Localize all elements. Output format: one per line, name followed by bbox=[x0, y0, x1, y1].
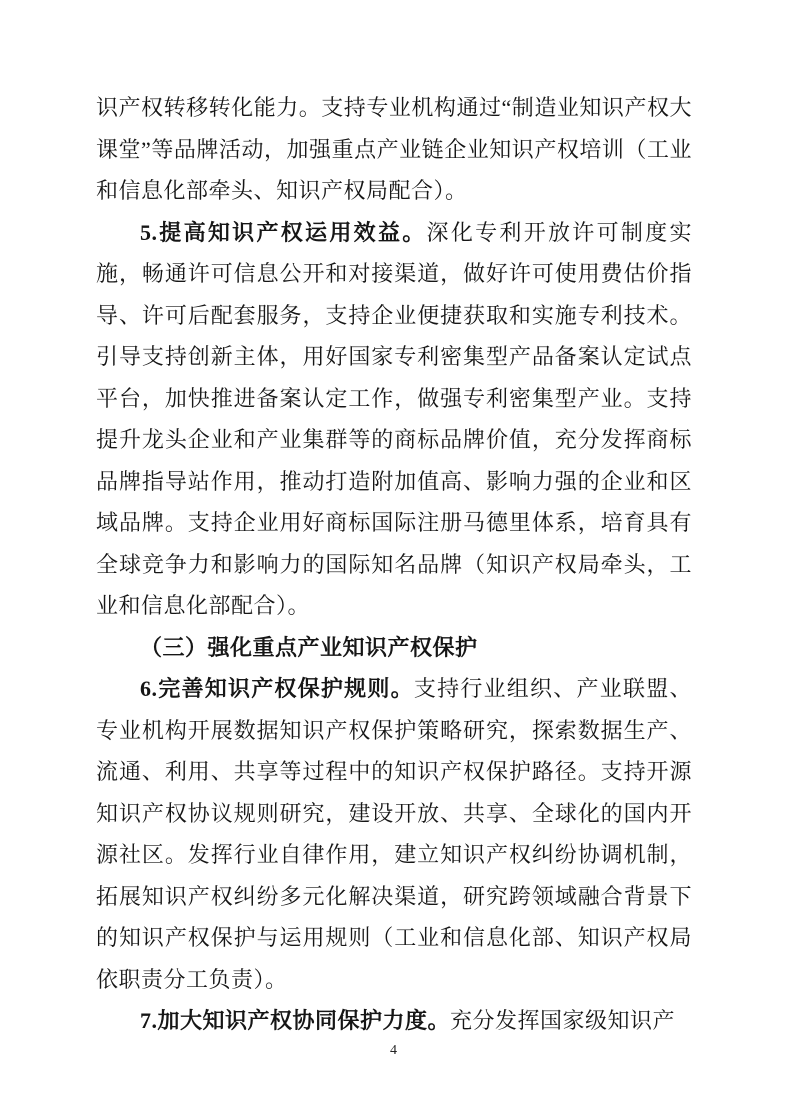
paragraph-lead: （三）强化重点产业知识产权保护 bbox=[140, 635, 478, 660]
paragraph-text: 深化专利开放许可制度实施，畅通许可信息公开和对接渠道，做好许可使用费估价指导、许… bbox=[96, 220, 692, 619]
paragraph-lead: 7.加大知识产权协同保护力度。 bbox=[140, 1008, 450, 1033]
page-body-text: 识产权转移转化能力。支持专业机构通过“制造业知识产权大课堂”等品牌活动，加强重点… bbox=[96, 87, 692, 1042]
paragraph: 5.提高知识产权运用效益。深化专利开放许可制度实施，畅通许可信息公开和对接渠道，… bbox=[96, 212, 692, 627]
paragraph: 7.加大知识产权协同保护力度。充分发挥国家级知识产 bbox=[96, 1000, 692, 1042]
section-heading: （三）强化重点产业知识产权保护 bbox=[96, 627, 692, 669]
paragraph-text: 识产权转移转化能力。支持专业机构通过“制造业知识产权大课堂”等品牌活动，加强重点… bbox=[96, 95, 692, 203]
paragraph: 6.完善知识产权保护规则。支持行业组织、产业联盟、专业机构开展数据知识产权保护策… bbox=[96, 668, 692, 1000]
paragraph-lead: 5.提高知识产权运用效益。 bbox=[140, 220, 427, 245]
page-number: 4 bbox=[0, 1042, 787, 1060]
paragraph-lead: 6.完善知识产权保护规则。 bbox=[140, 676, 414, 701]
paragraph: 识产权转移转化能力。支持专业机构通过“制造业知识产权大课堂”等品牌活动，加强重点… bbox=[96, 87, 692, 212]
paragraph-text: 充分发挥国家级知识产 bbox=[450, 1008, 675, 1033]
paragraph-text: 支持行业组织、产业联盟、专业机构开展数据知识产权保护策略研究，探索数据生产、流通… bbox=[96, 676, 692, 992]
document-page: 识产权转移转化能力。支持专业机构通过“制造业知识产权大课堂”等品牌活动，加强重点… bbox=[0, 0, 787, 1119]
